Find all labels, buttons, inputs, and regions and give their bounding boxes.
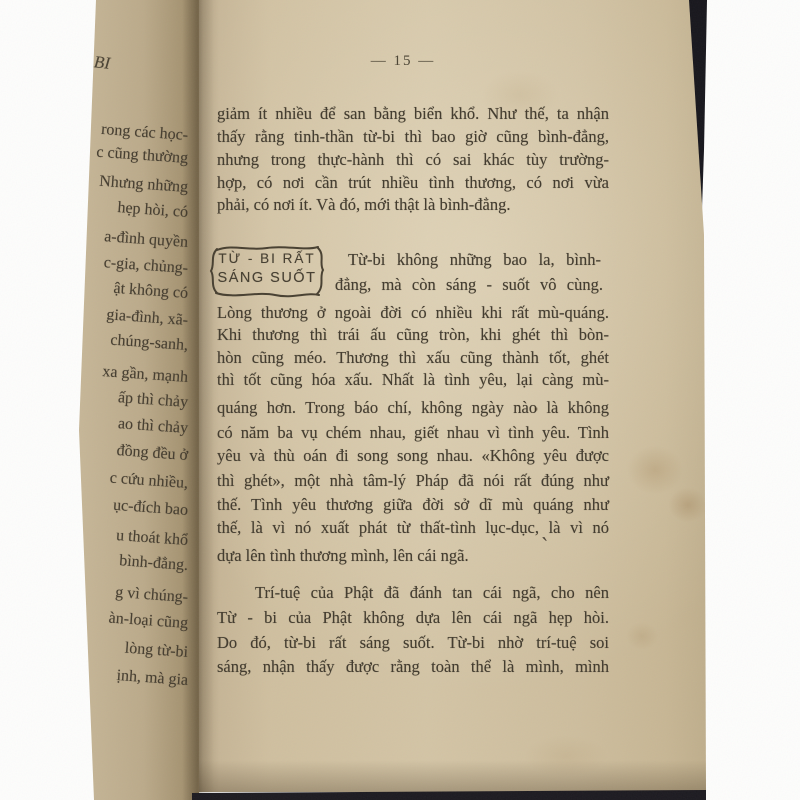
text-line: đẳng, mà còn sáng - suốt vô cùng. [335, 274, 603, 297]
section-label-line1: TỪ - BI RẤT [205, 251, 329, 266]
paper-stain [619, 616, 665, 656]
left-page-text-fragment: a-đình quyền [0, 221, 189, 252]
left-page-text-fragment: rong các học- [0, 114, 189, 145]
left-page-text-fragment: lòng từ-bi [0, 631, 189, 662]
text-line: Khi thương thì trái ấu cũng tròn, khi gh… [217, 324, 609, 347]
text-line: phải, có nơi ít. Và đó, mới thật là bình… [217, 194, 609, 217]
left-page-text-fragment: ịnh, mà gia [0, 659, 189, 690]
text-line: hợp, có nơi cần trút nhiều tình thương, … [217, 172, 609, 195]
text-line: giảm ít nhiều để san bằng biển khổ. Như … [217, 103, 609, 126]
text-line: sáng, nhận thấy được rằng toàn thể là mì… [217, 656, 609, 679]
left-page-text-fragment: hẹp hòi, có [0, 191, 189, 222]
text-line: có năm ba vụ chém nhau, giết nhau vì tìn… [217, 422, 609, 445]
text-line: dựa lên tình thương mình, lên cái ngã. [217, 545, 609, 568]
book-page: — 15 — giảm ít nhiều để san bằng biển kh… [199, 0, 706, 792]
section-label-line2: SÁNG SUỐT [205, 270, 329, 286]
left-page-text-fragment: ật không có [0, 272, 189, 303]
left-page-text-fragment: ao thì chảy [0, 407, 189, 438]
left-page-text-fragment: àn-loại cũng [0, 602, 189, 633]
left-page-text-fragment: chúng-sanh, [0, 324, 189, 355]
left-page-text-fragment: c cứu nhiều, [0, 462, 189, 493]
text-line: quáng hơn. Trong báo chí, không ngày nào… [217, 397, 609, 420]
left-page-text-fragment: u thoát khổ [0, 519, 189, 550]
left-page-text-fragment: ấp thì chảy [0, 381, 189, 412]
text-line: Từ - bi của Phật không dựa lên cái ngã h… [217, 607, 609, 630]
text-line: thấy rằng tinh-thần từ-bi thì bao giờ cũ… [217, 126, 609, 149]
text-line: Trí-tuệ của Phật đã đánh tan cái ngã, ch… [255, 582, 609, 605]
text-line: thì ghét», một nhà tâm-lý Pháp đã nói rấ… [217, 470, 609, 493]
page-number: — 15 — [338, 53, 468, 70]
left-page-text-fragment: g vì chúng- [0, 576, 189, 607]
left-page-text-fragment: bình-đẳng. [0, 544, 189, 575]
text-line: thì tốt cũng hóa xấu. Nhất là tình yêu, … [217, 369, 609, 392]
left-page-text-fragment: ục-đích bao [0, 489, 189, 520]
paper-stain [660, 480, 716, 530]
text-line: hòn cũng méo. Thương thì xấu cũng thành … [217, 347, 609, 370]
paper-stain [615, 435, 695, 505]
left-page-text-fragment: xa gần, mạnh [0, 356, 189, 387]
text-line: yêu và thù oán đi song song nhau. «Không… [217, 445, 609, 468]
left-page-text-fragment: đồng đều ở [0, 434, 189, 465]
left-page-text-fragment: c-gia, chủng- [0, 247, 189, 278]
text-line: thế. Tình yêu thương giữa đời sở dĩ mù q… [217, 494, 609, 517]
left-page-running-header: BI [93, 52, 111, 74]
text-line: Từ-bi không những bao la, bình- [348, 249, 601, 272]
text-line: thế, là vì nó xuất phát từ thất-tình lục… [217, 517, 609, 540]
left-page-text-fragment: Nhưng những [0, 166, 189, 197]
text-line: nhưng trong thực-hành thì có sai khác tù… [217, 149, 609, 172]
text-line: Lòng thương ở ngoài đời có nhiều khi rất… [217, 302, 609, 325]
paper-stain [506, 726, 626, 786]
book-photo: BI rong các học-c cũng thườngNhưng những… [0, 0, 800, 800]
section-label-box: TỪ - BI RẤT SÁNG SUỐT [205, 242, 329, 301]
text-line: Do đó, từ-bi rất sáng suốt. Từ-bi nhờ tr… [217, 632, 609, 655]
left-page-curled-edge: BI rong các học-c cũng thườngNhưng những… [0, 0, 199, 800]
left-page-text-fragment: gia-đình, xã- [0, 299, 189, 330]
